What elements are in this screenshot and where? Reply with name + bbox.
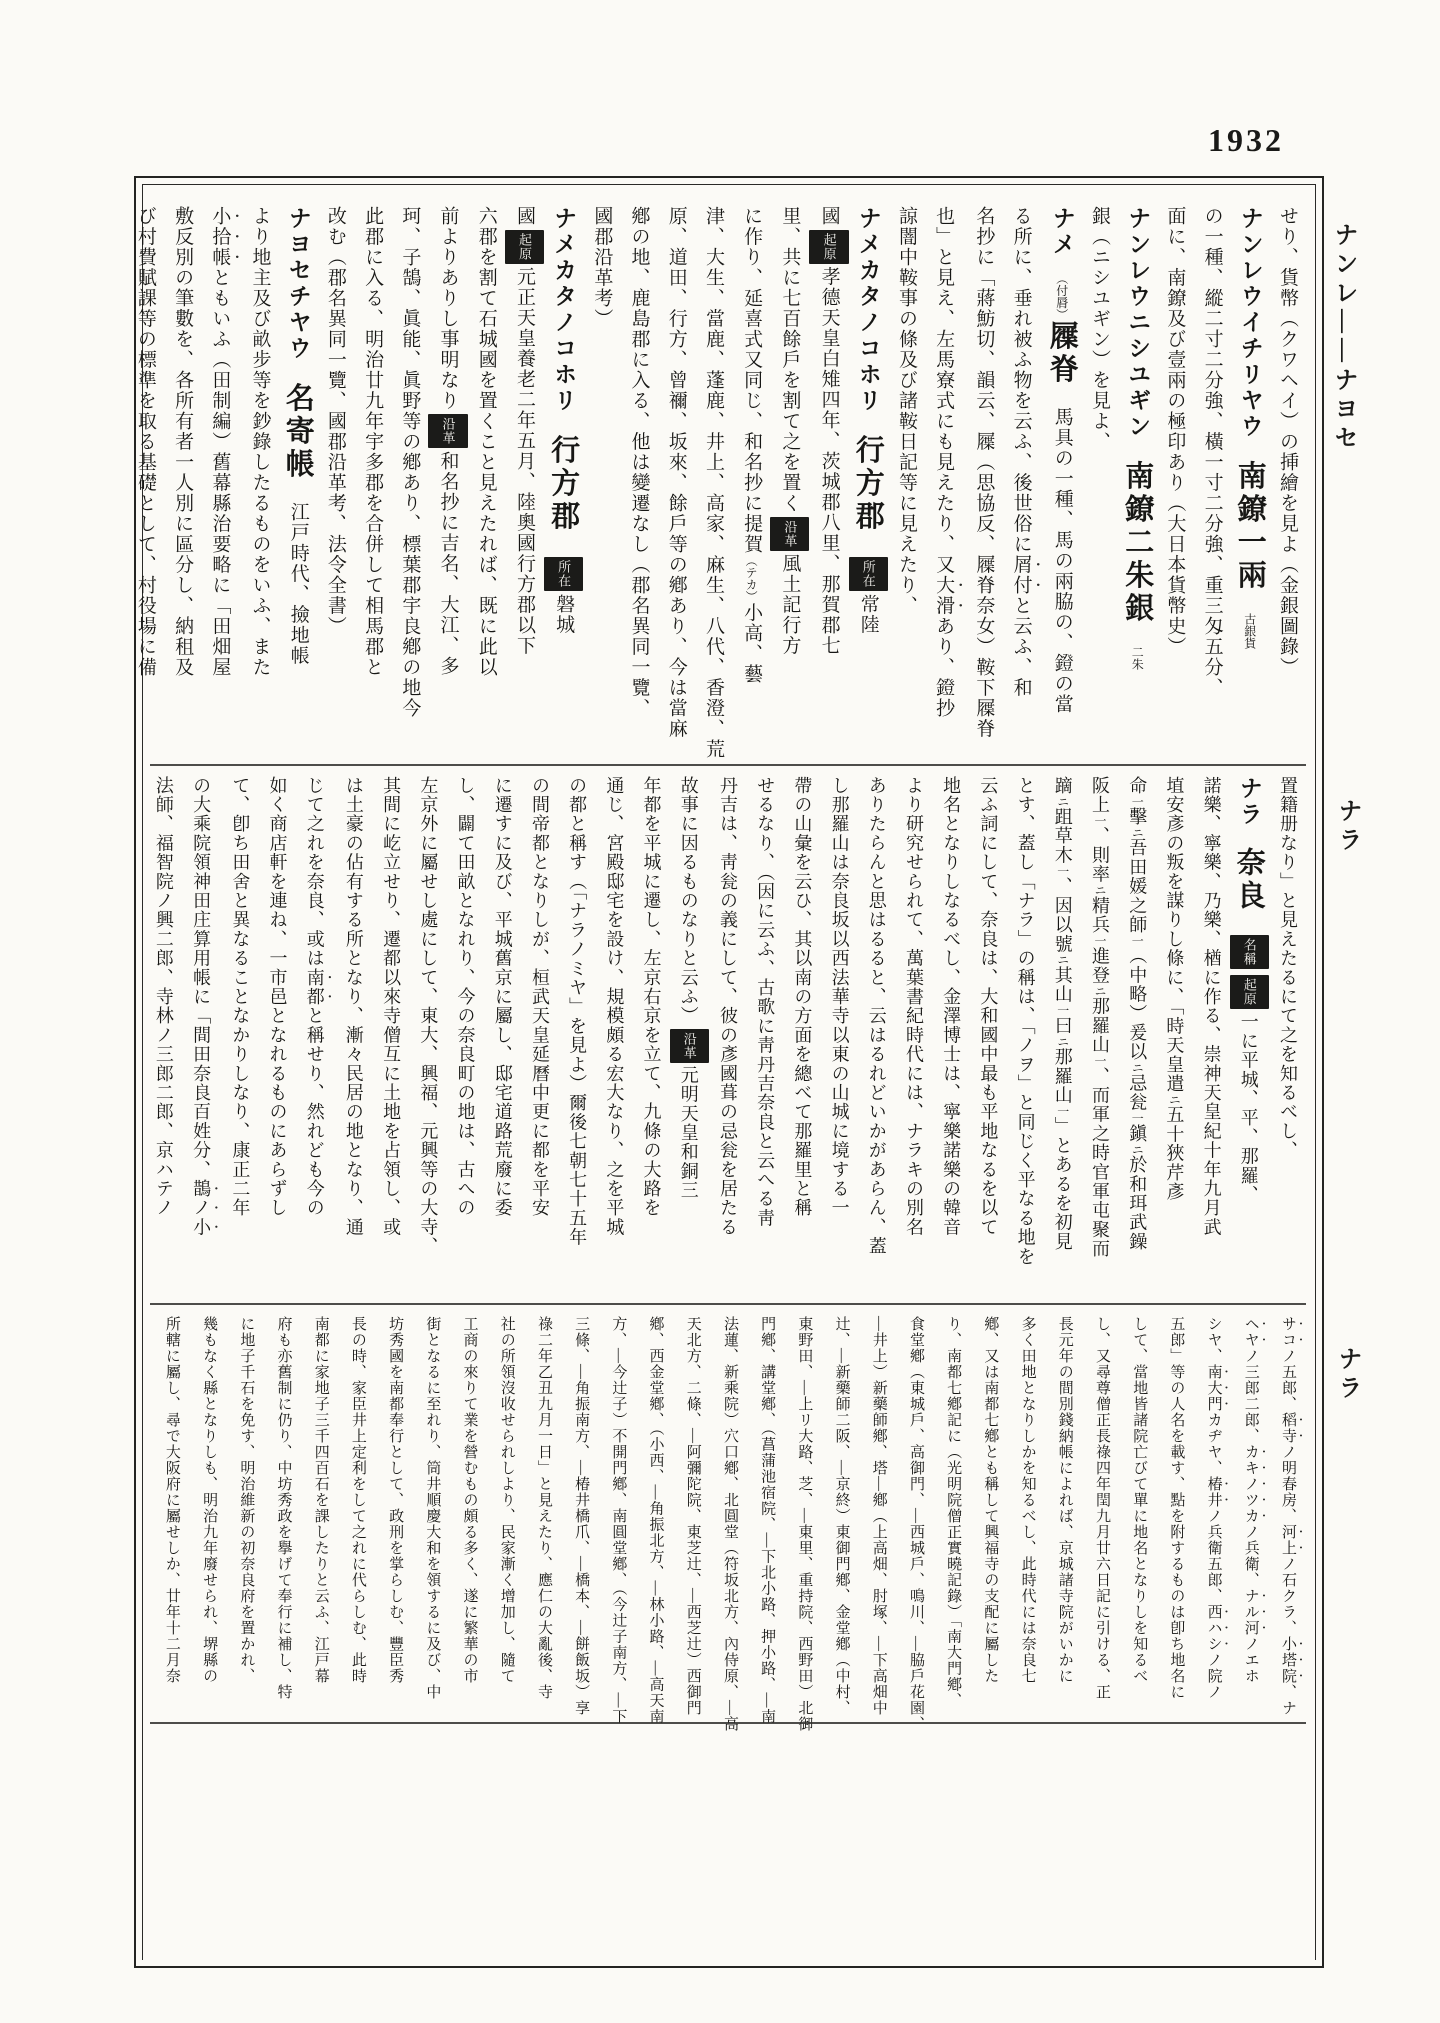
text-column: せるなり、（因に云ふ、古歌に靑丹吉奈良と云へる靑 bbox=[746, 776, 783, 1298]
headword-kana: ナンレウイチリヤウ bbox=[1238, 206, 1263, 440]
text-column: る所に、垂れ被ふ物を云ふ、後世俗に屑付と云ふ、和 bbox=[1002, 206, 1042, 762]
headword-note: 一 bbox=[1093, 814, 1107, 826]
text-column: 銀（ニシユギン）を見よ、 bbox=[1081, 206, 1118, 762]
headword-note: ニ bbox=[1093, 985, 1107, 997]
text-column: 丹吉は、靑瓮の義にして、彼の彥國葺の忌瓮を居たる bbox=[709, 776, 746, 1298]
text-column: 蹢ニ跙草木一、因以號ニ其山一曰ニ那羅山一」とあるを初見 bbox=[1044, 776, 1081, 1298]
text-column: とす、蓋し「ナラ」の稱は、「ノヲ」と同じく平なる地を bbox=[1006, 776, 1043, 1298]
band-divider-rule bbox=[150, 1722, 1306, 1724]
text-column: 故事に因るものなりと云ふ）沿革元明天皇和銅三 bbox=[670, 776, 709, 1298]
text-column: 長元年の間別錢納帳によれば、京城諸寺院がいかに bbox=[1046, 1316, 1083, 1708]
band-divider-rule bbox=[150, 1303, 1306, 1305]
text-band-top: せり、貨幣（クワヘイ）の挿繪を見よ（金銀圖錄）ナンレウイチリヤウ 南鐐一兩 古銀… bbox=[150, 206, 1306, 762]
text-column: より研究せられて、萬葉書紀時代には、ナラキの別名 bbox=[895, 776, 932, 1298]
text-column: シヤ、南大門カヂヤ、椿井ノ兵衛五郎、西ハシノ院ノ bbox=[1194, 1316, 1231, 1708]
section-label: 起原 bbox=[1230, 975, 1269, 1009]
text-column: に作り、延喜式又同じ、和名抄に提賀（テカ）小高、藝 bbox=[732, 206, 770, 762]
entry-headword-column: ナメカタノコホリ 行方郡 所在常陸 bbox=[849, 206, 888, 762]
headword-kanji: 南鐐二朱銀 bbox=[1121, 461, 1153, 626]
headword-note: ニ bbox=[1130, 826, 1144, 838]
section-label: 沿革 bbox=[428, 414, 467, 448]
text-column: サコノ五郎、稻寺ノ明春房、河上ノ石クラ、小塔院、ナ bbox=[1269, 1316, 1306, 1708]
text-column: の大乘院領神田庄算用帳に「間田奈良百姓分、鵲ノ小 bbox=[182, 776, 221, 1298]
text-column: 南都に家地子三千四百石を課したりと云ふ、江戸幕 bbox=[302, 1316, 339, 1708]
section-label: 所在 bbox=[849, 557, 888, 591]
headword-kanji: 南鐐一兩 bbox=[1234, 461, 1266, 593]
text-column: 五郎」等の人名を載す、點を附するものは卽ち地名に bbox=[1157, 1316, 1194, 1708]
text-column: 珂、子鵠、眞能、眞野等の鄕あり、標葉郡宇良鄕の地今 bbox=[391, 206, 428, 762]
text-column: 其間に屹立せり、遷都以來寺僧互に土地を占領し、或 bbox=[372, 776, 409, 1298]
text-column: じて之れを奈良、或は南都と稱せり、然れども今の bbox=[296, 776, 335, 1298]
headword-note: （テカ） bbox=[744, 555, 758, 603]
text-column: 津、大生、當鹿、蓬鹿、井上、高家、麻生、八代、香澄、荒 bbox=[695, 206, 732, 762]
text-column: て、卽ち田舍と異なることなかりしなり、康正二年 bbox=[221, 776, 258, 1298]
text-column: 名抄に「蔣魴切、韻云、屧（思協反、屧脊奈女）鞍下屧脊 bbox=[965, 206, 1002, 762]
entry-headword-column: ナメ （付脣）屧脊 馬具の一種、馬の兩脇の、鐙の當 bbox=[1043, 206, 1081, 762]
emphasized-text: 小拾帳 bbox=[209, 206, 230, 268]
text-column: 如く商店軒を連ね、一市邑となれるものにあらずし bbox=[258, 776, 295, 1298]
headword-note: 二朱 bbox=[1130, 646, 1144, 670]
text-column: せり、貨幣（クワヘイ）の挿繪を見よ（金銀圖錄） bbox=[1269, 206, 1306, 762]
text-column: 多く田地となりしかを知るべし、此時代には奈良七 bbox=[1008, 1316, 1045, 1708]
text-column: 諒闇中鞍事の條及び諸鞍日記等に見えたり、 bbox=[888, 206, 925, 762]
page-number: 1932 bbox=[1208, 122, 1284, 159]
text-column: 此郡に入る、明治廿九年宇多郡を合併して相馬郡と bbox=[354, 206, 391, 762]
headword-note: ニ bbox=[1093, 884, 1107, 896]
text-column: ヘヤノ三郎二郎、カキノツカノ兵衛、ナル河ノエホ bbox=[1232, 1316, 1269, 1708]
text-column: 改む（郡名異同一覽、國郡沿革考、法令全書） bbox=[317, 206, 354, 762]
text-column: 天北方、二條、—阿彌陀院、東芝辻、—西芝辻）西御門 bbox=[674, 1316, 711, 1708]
text-column: 所轄に屬し、尋で大阪府に屬せしか、廿年十二月奈 bbox=[153, 1316, 190, 1708]
text-column: 前よりありし事明なり沿革和名抄に吉名、大江、多 bbox=[428, 206, 467, 762]
headword-note: 一 bbox=[1056, 1004, 1070, 1016]
headword-note: 一 bbox=[1130, 795, 1144, 807]
text-column: 幾もなく縣となりしも、明治九年廢せられ、堺縣の bbox=[190, 1316, 227, 1708]
headword-kana: ナメカタノコホリ bbox=[856, 206, 881, 414]
text-column: 府も亦舊制に仍り、中坊秀政を擧げて奉行に補し、特 bbox=[264, 1316, 301, 1708]
text-column: 小拾帳ともいふ（田制編）舊幕縣治要略に「田畑屋 bbox=[201, 206, 241, 762]
text-column: 也」と見え、左馬寮式にも見えたり、又大滑あり、鐙抄 bbox=[925, 206, 965, 762]
emphasized-text: ナル河 bbox=[1243, 1588, 1259, 1636]
headword-note: ニ bbox=[1056, 795, 1070, 807]
section-label: 名稱 bbox=[1230, 935, 1269, 969]
text-column: に地子千石を免す、明治維新の初奈良府を置かれ、 bbox=[227, 1316, 264, 1708]
text-column: 鄕、西金堂鄕、（小西、—角振北方、—林小路、—高天南 bbox=[636, 1316, 673, 1708]
margin-index-label-bottom: ナラ bbox=[1330, 1346, 1365, 1404]
text-column: 祿二年乙丑九月一日」と見えたり、應仁の大亂後、寺 bbox=[525, 1316, 562, 1708]
text-column: し、闢て田畝となれり、今の奈良町の地は、古への bbox=[446, 776, 483, 1298]
headword-note: 一 bbox=[1093, 1054, 1107, 1066]
text-column: 鄕の地、鹿島郡に入る、他は變遷なし（郡名異同一覽、 bbox=[620, 206, 657, 762]
headword-note: （付脣） bbox=[1055, 279, 1069, 321]
text-column: 法師、福智院ノ興二郎、寺林ノ三郎二郎、京ハテノ bbox=[145, 776, 182, 1298]
text-column: 埴安彥の叛を謀りし條に、「時天皇遣ニ五十狹芹彥 bbox=[1155, 776, 1192, 1298]
text-column: 面に、南鐐及び壹兩の極印あり（大日本貨幣史） bbox=[1156, 206, 1193, 762]
text-column: に遷すに及び、平城舊京に屬し、邸宅道路荒廢に委 bbox=[484, 776, 521, 1298]
text-column: 地名となりしなるべし、金澤博士は、寧樂諾樂の韓音 bbox=[932, 776, 969, 1298]
emphasized-text: カキノツカ bbox=[1243, 1444, 1259, 1524]
text-column: び村費賦課等の標準を取る基礎として、村役場に備 bbox=[127, 206, 164, 762]
text-band-middle: 置籍册なり」と見えたるにて之を知るべし、ナラ 奈良 名稱起原一に平城、平、那羅、… bbox=[150, 776, 1306, 1298]
headword-note: ニ bbox=[1056, 1035, 1070, 1047]
text-column: の一種、縱二寸二分強、橫一寸二分強、重三匁五分、 bbox=[1193, 206, 1230, 762]
text-column: 食堂鄕（東城戶、高御門、—西城戶、鳴川、—脇戶花園、 bbox=[897, 1316, 934, 1708]
headword-kana: ナメ bbox=[1050, 206, 1075, 258]
headword-note: 一 bbox=[1130, 934, 1144, 946]
headword-note: 古銀貨 bbox=[1243, 613, 1257, 649]
text-column: —井上）新藥師鄕、塔—鄕（上高畑、肘塚、—下高畑中 bbox=[860, 1316, 897, 1708]
text-column: 敷反別の筆數を、各所有者一人別に區分し、納租及 bbox=[164, 206, 201, 762]
headword-kanji: 行方郡 bbox=[852, 435, 884, 534]
text-band-bottom: サコノ五郎、稻寺ノ明春房、河上ノ石クラ、小塔院、ナヘヤノ三郎二郎、カキノツカノ兵… bbox=[150, 1316, 1306, 1708]
emphasized-text: ヘヤ bbox=[1243, 1316, 1259, 1348]
text-column: 原、道田、行方、曾禰、坂來、餘戶等の鄕あり、今は當麻 bbox=[658, 206, 695, 762]
text-column: 命一擊ニ吾田媛之師一（中略）爰以ニ忌瓮一鎭ニ於和珥武鐰 bbox=[1118, 776, 1155, 1298]
text-column: 辻、—新藥師二阪、—京終）東御門鄕、金堂鄕（中村、 bbox=[822, 1316, 859, 1708]
text-column: ありたらんと思はるると、云はるれどいかがあらん、蓋 bbox=[858, 776, 895, 1298]
text-column: して、當地皆諸院亡びて單に地名となりしを知るべ bbox=[1120, 1316, 1157, 1708]
text-column: し、又尋尊僧正長祿四年閏九月廿六日記に引ける、正 bbox=[1083, 1316, 1120, 1708]
text-column: 門鄕、講堂鄕、（菖蒲池宿院、—下北小路、押小路、—南 bbox=[748, 1316, 785, 1708]
headword-kanji: 行方郡 bbox=[547, 435, 579, 534]
entry-headword-column: ナンレウニシユギン 南鐐二朱銀 二朱 bbox=[1118, 206, 1156, 762]
margin-index-label-middle: ナラ bbox=[1330, 798, 1365, 856]
headword-kanji: 奈良 bbox=[1233, 847, 1265, 913]
entry-headword-column: ナメカタノコホリ 行方郡 所在磐城 bbox=[544, 206, 583, 762]
text-column: より地主及び畝步等を鈔錄したるものをいふ、また bbox=[241, 206, 278, 762]
text-column: 諾樂、寧樂、乃樂、楢に作る、崇神天皇紀十年九月武 bbox=[1192, 776, 1229, 1298]
text-column: の間帝都となりしが、桓武天皇延曆中更に都を平安 bbox=[521, 776, 558, 1298]
headword-note: ニ bbox=[1056, 954, 1070, 966]
emphasized-text: 南都 bbox=[305, 968, 325, 1006]
emphasized-text: 河上 bbox=[1280, 1524, 1296, 1556]
emphasized-text: 鵲ノ小 bbox=[191, 1179, 211, 1237]
margin-index-label-top: ナンレ——ナヨセ bbox=[1326, 222, 1361, 454]
text-column: 長の時、家臣井上定利をして之れに代らしむ、此時 bbox=[339, 1316, 376, 1708]
entry-headword-column: ナラ 奈良 名稱起原一に平城、平、那羅、 bbox=[1230, 776, 1269, 1298]
text-column: 國起原孝德天皇白雉四年、茨城郡八里、那賀郡七 bbox=[809, 206, 848, 762]
entry-headword-column: ナンレウイチリヤウ 南鐐一兩 古銀貨 bbox=[1231, 206, 1269, 762]
emphasized-text: 大滑 bbox=[933, 575, 954, 616]
text-column: 里、共に七百餘戶を割て之を置く沿革風土記行方 bbox=[770, 206, 809, 762]
headword-note: ニ bbox=[1130, 1062, 1144, 1074]
headword-kanji: 屧脊 bbox=[1046, 321, 1078, 387]
text-column: 三條、—角振南方、—椿井橋爪、—橋本、—餅飯坂）享 bbox=[562, 1316, 599, 1708]
band-divider-rule bbox=[150, 764, 1306, 766]
emphasized-text: 稻寺 bbox=[1280, 1412, 1296, 1444]
text-column: 鄕、又は南都七鄕とも稱して興福寺の支配に屬した bbox=[971, 1316, 1008, 1708]
text-column: は土豪の佔有する所となり、漸々民居の地となり、通 bbox=[335, 776, 372, 1298]
text-column: 坊秀國を南都奉行として、政刑を掌らしむ、豐臣秀 bbox=[376, 1316, 413, 1708]
text-column: 帶の山彙を云ひ、其以南の方面を總べて那羅里と稱 bbox=[783, 776, 820, 1298]
section-label: 沿革 bbox=[670, 1029, 709, 1063]
text-column: 六郡を割て石城國を置くこと見えたれば、既に此以 bbox=[468, 206, 505, 762]
emphasized-text: 屑付 bbox=[1011, 555, 1032, 596]
section-label: 所在 bbox=[544, 557, 583, 591]
entry-headword-column: ナヨセチヤウ 名寄帳 江戸時代、撿地帳 bbox=[279, 206, 317, 762]
text-column: 置籍册なり」と見えたるにて之を知るべし、 bbox=[1269, 776, 1306, 1298]
headword-kana: ナメカタノコホリ bbox=[551, 206, 576, 414]
emphasized-text: 西ハシ bbox=[1206, 1604, 1222, 1652]
headword-kana: ナンレウニシユギン bbox=[1125, 206, 1150, 440]
text-column: 國起原元正天皇養老二年五月、陸奧國行方郡以下 bbox=[505, 206, 544, 762]
section-label: 沿革 bbox=[770, 517, 809, 551]
headword-kana: ナヨセチヤウ bbox=[286, 206, 311, 362]
text-column: 國郡沿革考） bbox=[583, 206, 620, 762]
text-column: 阪上一、則率ニ精兵一進登ニ那羅山一、而軍之時官軍屯聚而 bbox=[1081, 776, 1118, 1298]
section-label: 起原 bbox=[505, 230, 544, 264]
headword-kana: ナラ bbox=[1237, 776, 1262, 828]
text-column: 街となるに至れり、筒井順慶大和を領するに及び、中 bbox=[413, 1316, 450, 1708]
headword-note: 一 bbox=[1056, 1105, 1070, 1117]
headword-note: 一 bbox=[1056, 865, 1070, 877]
text-column: り、南都七鄕記に（光明院僧正實曉記錄）「南大門鄕、 bbox=[934, 1316, 971, 1708]
text-column: 方、—今辻子）不開門鄕、南圓堂鄕、（今辻子南方、—下 bbox=[599, 1316, 636, 1708]
text-column: 東野田、—上リ大路、芝、—東里、重持院、西野田）北御 bbox=[785, 1316, 822, 1708]
headword-note: ニ bbox=[1167, 1093, 1181, 1105]
text-column: 左京外に屬せし處にして、東大、興福、元興等の大寺、 bbox=[409, 776, 446, 1298]
headword-note: 一 bbox=[1130, 1112, 1144, 1124]
text-column: し那羅山は奈良坂以西法華寺以東の山城に境する一 bbox=[820, 776, 857, 1298]
text-column: 社の所領沒收せられしより、民家漸く增加し、隨て bbox=[488, 1316, 525, 1708]
text-column: 工商の來りて業を營むもの頗る多く、遂に繁華の市 bbox=[450, 1316, 487, 1708]
emphasized-text: 南大門 bbox=[1206, 1364, 1222, 1412]
text-column: 年都を平城に遷し、左京右京を立て、九條の大路を bbox=[632, 776, 669, 1298]
text-column: の都と稱す（「ナラノミヤ」を見よ）爾後七朝七十五年 bbox=[558, 776, 595, 1298]
text-column: 云ふ詞にして、奈良は、大和國中最も平地なるを以て bbox=[969, 776, 1006, 1298]
headword-note: ニ bbox=[1130, 1143, 1144, 1155]
emphasized-text: 椿井 bbox=[1206, 1476, 1222, 1508]
headword-kanji: 名寄帳 bbox=[282, 383, 314, 482]
text-column: 通じ、宮殿邸宅を設け、規模頗る宏大なり、之を平城 bbox=[595, 776, 632, 1298]
emphasized-text: サコ bbox=[1280, 1316, 1296, 1348]
emphasized-text: 小塔院 bbox=[1280, 1636, 1296, 1684]
scanned-dictionary-page: 1932 せり、貨幣（クワヘイ）の挿繪を見よ（金銀圖錄）ナンレウイチリヤウ 南鐐… bbox=[0, 0, 1440, 2023]
text-column: 法蓮、新乘院）穴口鄕、北圓堂（符坂北方、內侍原、—高 bbox=[711, 1316, 748, 1708]
headword-note: 一 bbox=[1093, 934, 1107, 946]
section-label: 起原 bbox=[809, 230, 848, 264]
